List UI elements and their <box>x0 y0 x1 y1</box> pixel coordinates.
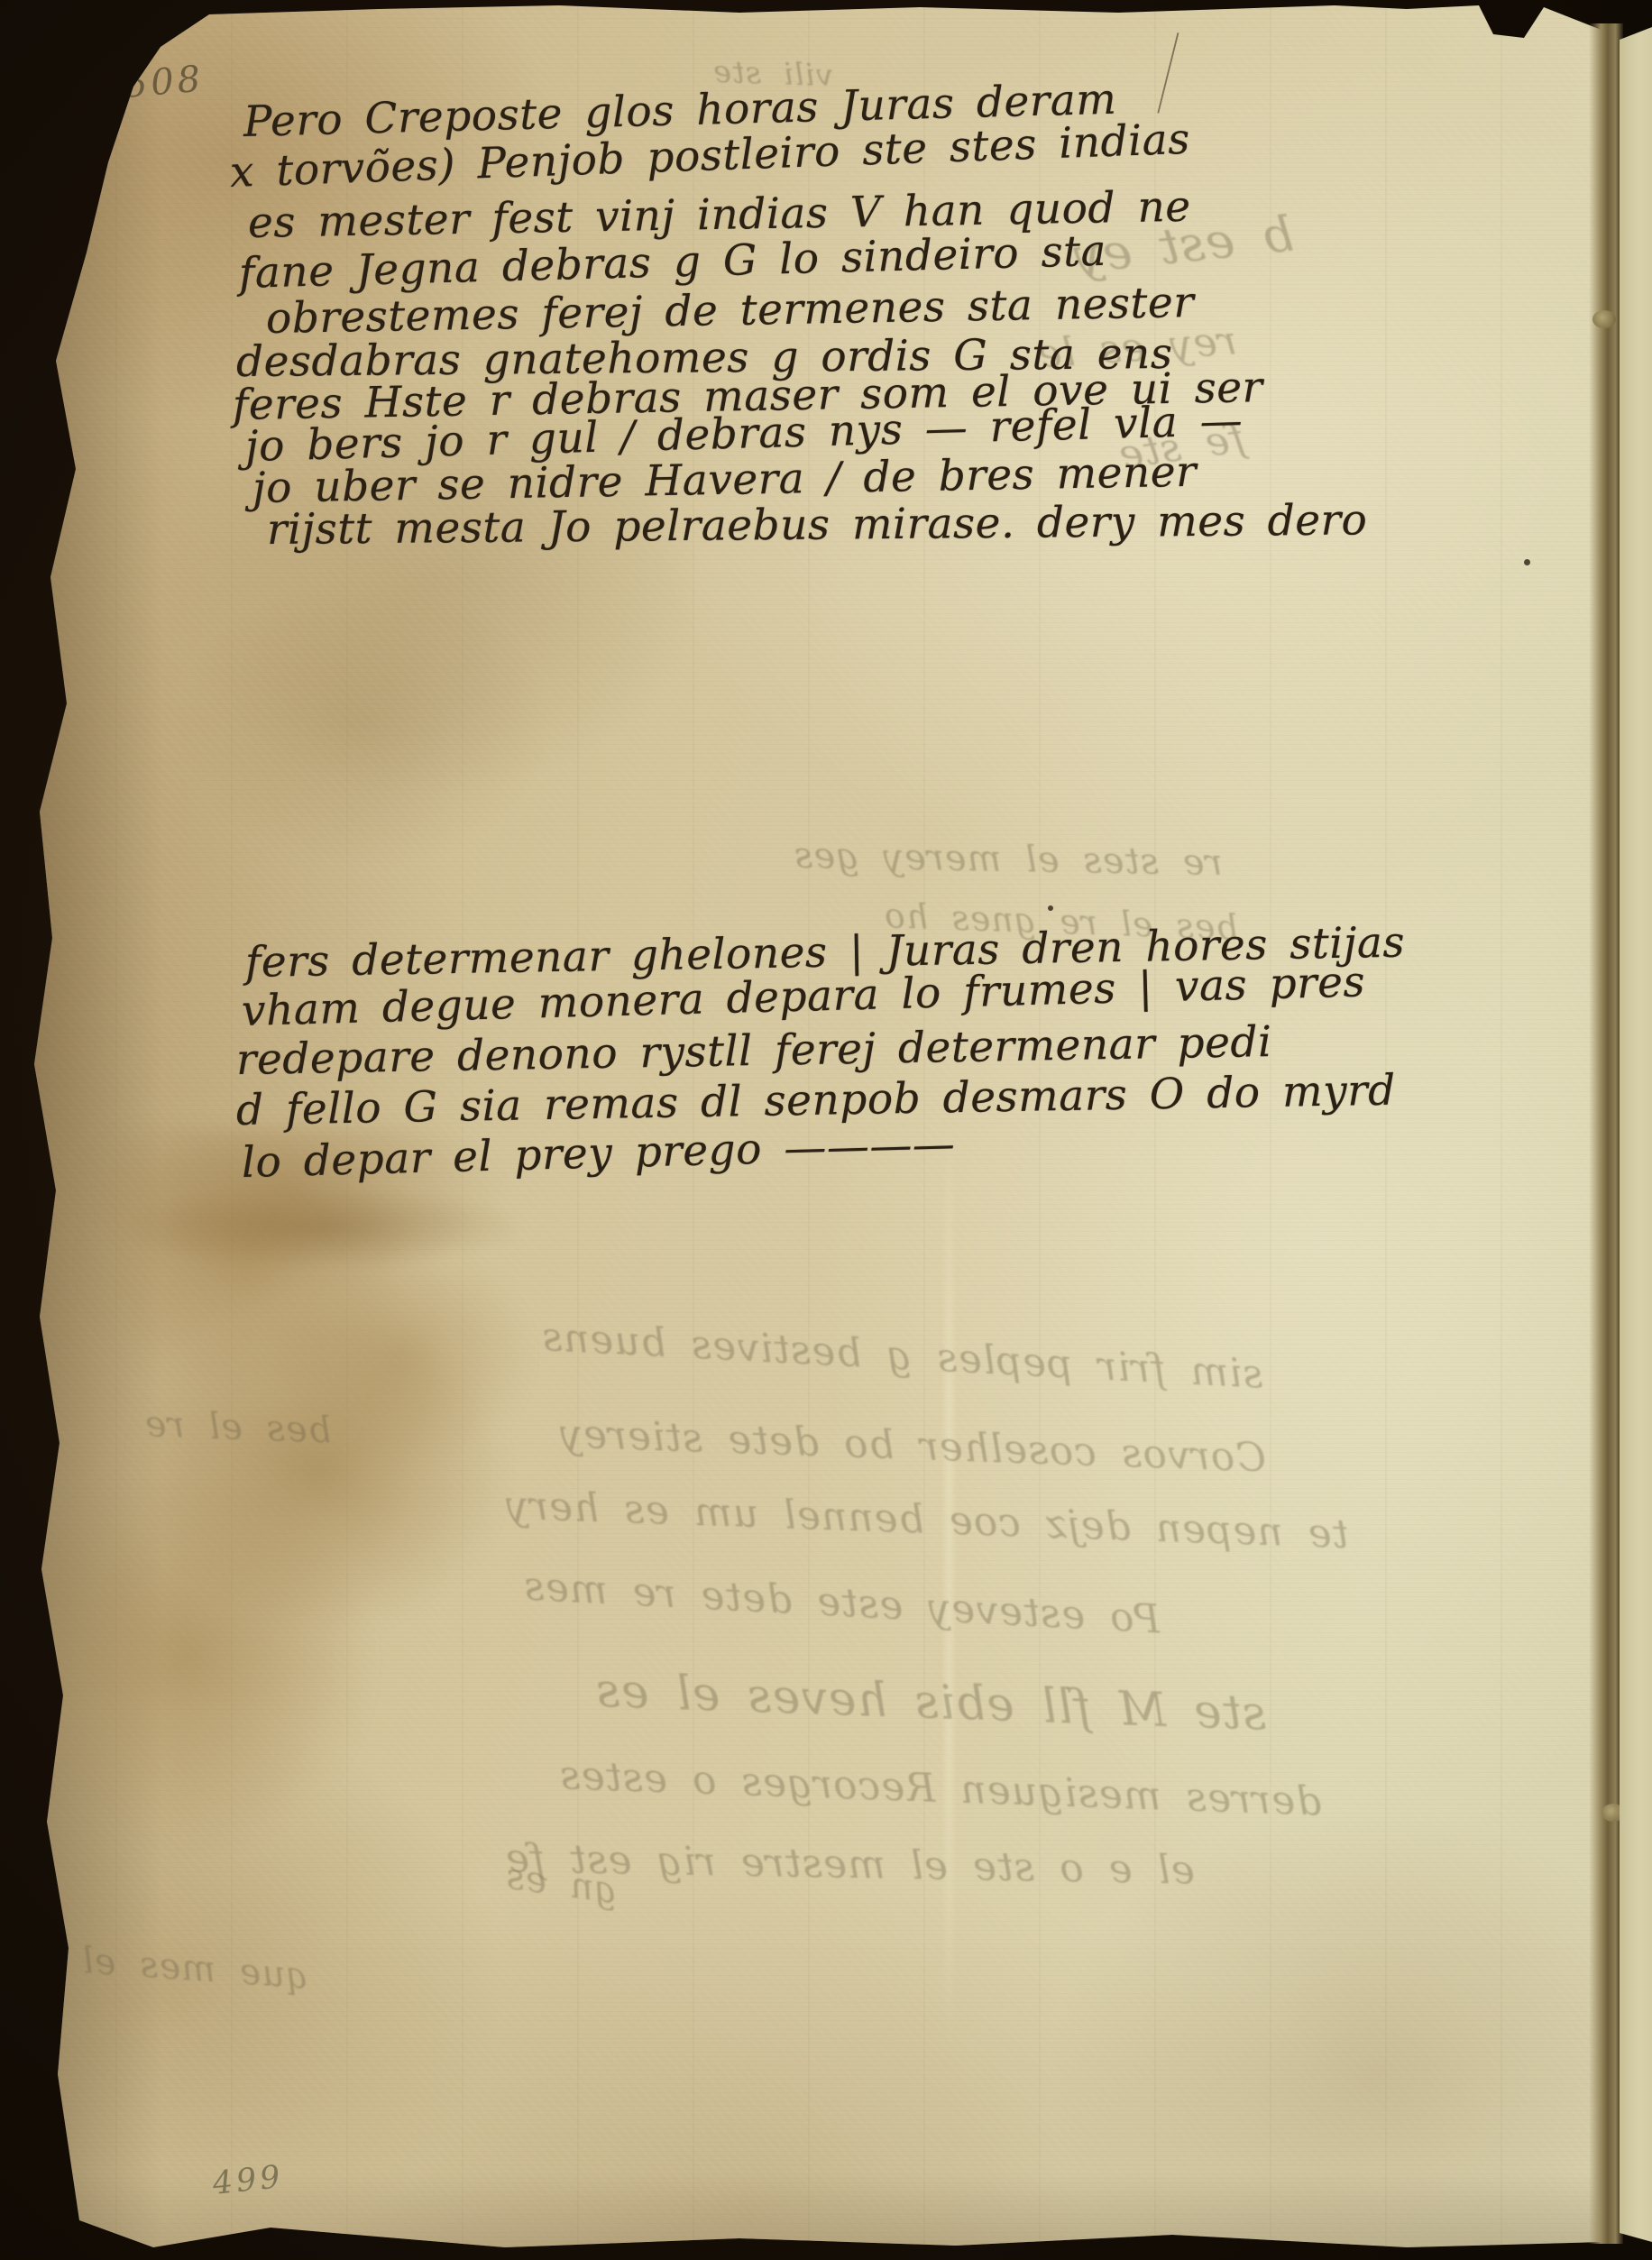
bleedthrough-line: te nepen dejz coe bennel um es hery <box>504 1483 1349 1558</box>
vertical-crease <box>945 1109 953 2056</box>
bleedthrough-line: bes el re <box>143 1403 332 1451</box>
paper-crack-line <box>1157 32 1201 119</box>
bleedthrough-line: re stes el merey ges <box>794 835 1223 884</box>
bleedthrough-line: ste M fll ebis heves el es <box>594 1664 1267 1741</box>
folio-number-top: 508 <box>123 58 206 106</box>
adjacent-page-edge <box>1620 27 1652 2242</box>
bleedthrough-line: Corvos coselher bo dete stierey <box>558 1410 1266 1481</box>
folio-number-bottom: 499 <box>211 2159 286 2202</box>
bleedthrough-line: derres mesiguen Recorges o estes <box>558 1752 1322 1824</box>
manuscript-line: rijstt mesta Jo pelraebus mirase. dery m… <box>267 495 1368 555</box>
manuscript-page: vili ste b est ey rey es le fe ste re st… <box>0 0 1652 2260</box>
scan-background: vili ste b est ey rey es le fe ste re st… <box>0 0 1652 2260</box>
ink-dot <box>1524 559 1530 565</box>
bleedthrough-line: sim frir peples g bestives buens <box>540 1314 1264 1398</box>
binding-seam <box>1589 23 1623 2244</box>
seam-knot <box>1592 310 1616 328</box>
bleedthrough-line: Po estevey este dete re mes <box>522 1564 1161 1643</box>
ink-dot <box>1048 905 1053 911</box>
corner-pen-mark: ll <box>32 32 76 87</box>
